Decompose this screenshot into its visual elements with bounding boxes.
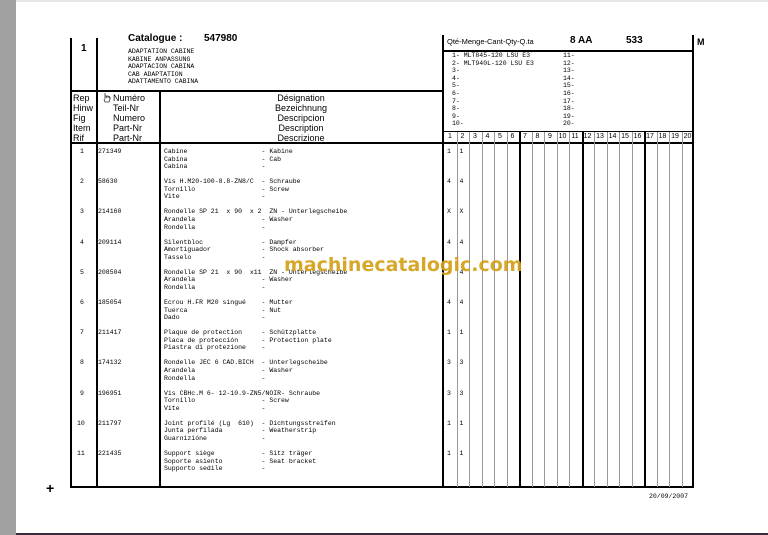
row-part-number: 174132 <box>98 359 121 367</box>
plus-icon: + <box>46 480 54 496</box>
row-ref: 9 <box>80 390 84 398</box>
row-qty: 1 <box>460 420 464 428</box>
row-designation: Rondelle SP 21 x 90 x 2 ZN - Unterlegsch… <box>164 208 347 231</box>
row-qty: 4 <box>447 299 451 307</box>
group-code: 8 AA <box>570 35 592 46</box>
header-designation: DésignationBezeichnungDescripcionDescrip… <box>241 93 361 143</box>
row-qty: 1 <box>447 450 451 458</box>
row-qty: 3 <box>460 390 464 398</box>
row-ref: 4 <box>80 239 84 247</box>
row-qty: 4 <box>447 239 451 247</box>
model-list-right: 11- 12- 13- 14- 15- 16- 17- 18- 19- 20- <box>563 52 575 128</box>
viewer-side-panel <box>0 0 16 535</box>
column-number: 7 <box>520 133 530 140</box>
row-ref: 10 <box>77 420 85 428</box>
column-number: 12 <box>583 133 593 140</box>
column-number: 4 <box>483 133 493 140</box>
row-qty: X <box>447 208 451 216</box>
row-qty: 1 <box>460 329 464 337</box>
row-designation: Cabine - Kabine Cabina - Cab Cabina - <box>164 148 293 171</box>
row-qty: 1 <box>460 450 464 458</box>
row-qty: X <box>460 208 464 216</box>
assembly-title: ADAPTATION CABINE KABINE ANPASSUNG ADAPT… <box>128 48 198 86</box>
row-designation: Vis H.M20-100-8.8-ZN8/C - Schraube Torni… <box>164 178 301 201</box>
column-number: 10 <box>558 133 568 140</box>
row-qty: 1 <box>447 420 451 428</box>
column-number: 15 <box>620 133 630 140</box>
header-part-number: NuméroTeil-NrNumeroPart-NrPart-Nr <box>113 93 145 143</box>
row-designation: Ecrou H.FR M20 singué - Mutter Tuerca - … <box>164 299 293 322</box>
column-number: 6 <box>508 133 518 140</box>
row-qty: 4 <box>460 178 464 186</box>
row-part-number: 221435 <box>98 450 121 458</box>
column-number: 19 <box>670 133 680 140</box>
row-qty: 3 <box>447 359 451 367</box>
model-list-left: 1- MLT845-120 LSU E3 2- MLT940L-120 LSU … <box>452 52 534 128</box>
row-part-number: 58630 <box>98 178 118 186</box>
row-qty: 3 <box>460 359 464 367</box>
row-part-number: 211417 <box>98 329 121 337</box>
header-ref: RepHinwFigItemRif <box>73 93 93 143</box>
page-index: 1 <box>81 43 87 54</box>
row-part-number: 196951 <box>98 390 121 398</box>
row-qty: 4 <box>447 178 451 186</box>
column-number: 11 <box>570 133 580 140</box>
row-part-number: 209114 <box>98 239 121 247</box>
row-designation: Support siège - Sitz träger Soporte asie… <box>164 450 316 473</box>
column-number: 13 <box>595 133 605 140</box>
column-number: 17 <box>645 133 655 140</box>
row-qty: 4 <box>460 239 464 247</box>
column-number: 16 <box>633 133 643 140</box>
row-qty: 1 <box>460 148 464 156</box>
column-number: 3 <box>470 133 480 140</box>
column-number: 14 <box>608 133 618 140</box>
row-part-number: 271349 <box>98 148 121 156</box>
row-designation: Vis CBHc.M 6- 12-10.9-ZN5/NOIR- Schraube… <box>164 390 320 413</box>
corner-mark: M <box>697 37 705 47</box>
row-designation: Rondelle JEC 6 CAD.BICH - Unterlegscheib… <box>164 359 328 382</box>
column-number: 8 <box>533 133 543 140</box>
column-number: 18 <box>658 133 668 140</box>
group-number: 533 <box>626 35 643 46</box>
column-number: 1 <box>445 133 455 140</box>
row-qty: 4 <box>460 299 464 307</box>
row-part-number: 208504 <box>98 269 121 277</box>
column-number: 9 <box>545 133 555 140</box>
row-ref: 7 <box>80 329 84 337</box>
row-ref: 6 <box>80 299 84 307</box>
row-ref: 5 <box>80 269 84 277</box>
row-ref: 1 <box>80 148 84 156</box>
row-qty: 1 <box>447 329 451 337</box>
row-part-number: 211797 <box>98 420 121 428</box>
row-ref: 3 <box>80 208 84 216</box>
qty-header: Qté-Menge-Cant-Qty-Q.ta <box>447 37 534 46</box>
row-ref: 8 <box>80 359 84 367</box>
row-ref: 11 <box>77 450 85 458</box>
row-designation: Plaque de protection - Schützplatte Plac… <box>164 329 332 352</box>
column-number: 20 <box>683 133 693 140</box>
row-part-number: 214160 <box>98 208 121 216</box>
column-number: 5 <box>495 133 505 140</box>
catalogue-page: 1 Catalogue : 547980 ADAPTATION CABINE K… <box>16 2 768 533</box>
watermark: machinecatalogic.com <box>284 254 523 276</box>
catalogue-label: Catalogue : <box>128 33 182 44</box>
row-designation: Joint profilé (Lg 610) - Dichtungsstreif… <box>164 420 336 443</box>
print-date: 20/09/2007 <box>649 493 688 501</box>
row-ref: 2 <box>80 178 84 186</box>
row-part-number: 185054 <box>98 299 121 307</box>
row-qty: 1 <box>447 148 451 156</box>
row-qty: 3 <box>447 390 451 398</box>
hand-cursor-icon <box>102 92 112 104</box>
column-number: 2 <box>458 133 468 140</box>
catalogue-number: 547980 <box>204 33 237 44</box>
